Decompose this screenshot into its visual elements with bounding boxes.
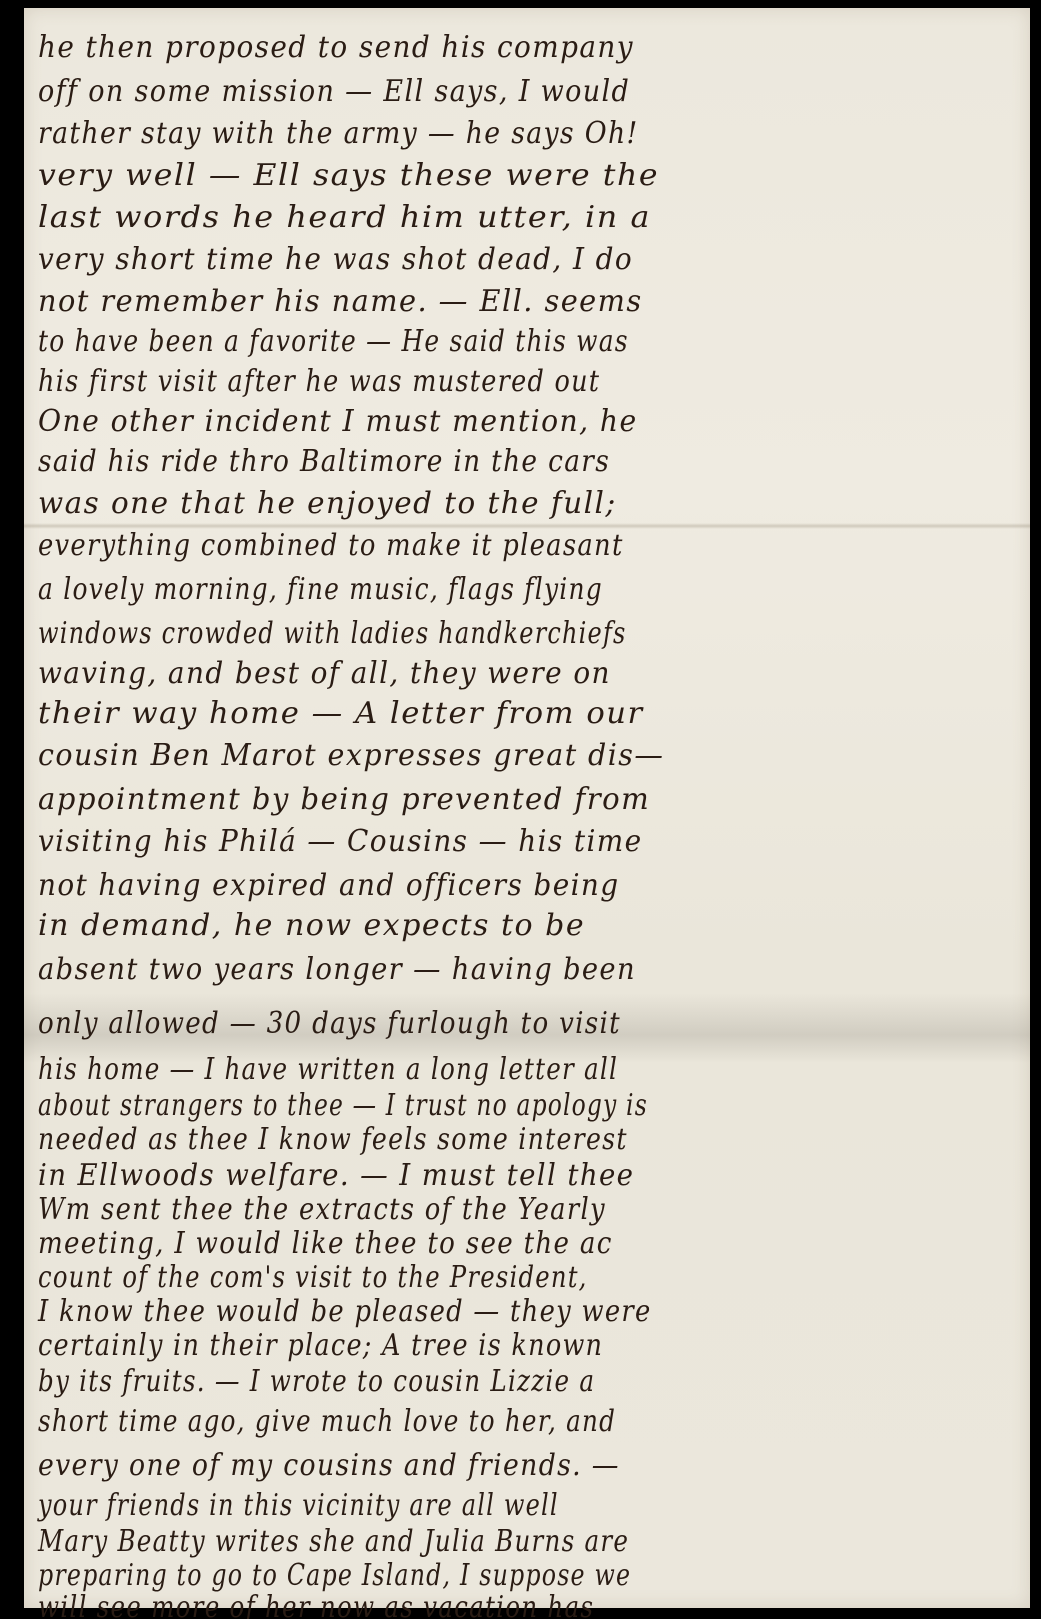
letter-line: said his ride thro Baltimore in the cars: [38, 444, 610, 479]
letter-line: by its fruits. — I wrote to cousin Lizzi…: [38, 1364, 595, 1399]
letter-line: visiting his Philá — Cousins — his time: [38, 824, 643, 859]
letter-line: One other incident I must mention, he: [38, 404, 638, 439]
letter-line: everything combined to make it pleasant: [38, 528, 624, 563]
letter-line: will see more of her now as vacation has: [38, 1590, 594, 1619]
letter-line: cousin Ben Marot expresses great dis—: [38, 738, 664, 773]
letter-line: short time ago, give much love to her, a…: [38, 1404, 616, 1439]
letter-line: needed as thee I know feels some interes…: [38, 1122, 628, 1157]
letter-line: every one of my cousins and friends. —: [38, 1448, 620, 1483]
letter-line: rather stay with the army — he says Oh!: [38, 116, 639, 151]
letter-line: not remember his name. — Ell. seems: [38, 284, 643, 319]
letter-line: in demand, he now expects to be: [38, 908, 585, 943]
letter-line: off on some mission — Ell says, I would: [38, 74, 630, 109]
letter-line: certainly in their place; A tree is know…: [38, 1328, 603, 1363]
letter-page: he then proposed to send his company off…: [24, 8, 1030, 1608]
letter-line: preparing to go to Cape Island, I suppos…: [38, 1558, 631, 1593]
letter-line: a lovely morning, fine music, flags flyi…: [38, 572, 603, 607]
letter-line: your friends in this vicinity are all we…: [38, 1488, 559, 1523]
letter-line: windows crowded with ladies handkerchief…: [38, 616, 627, 651]
letter-line: not having expired and officers being: [38, 868, 620, 903]
letter-line: in Ellwoods welfare. — I must tell thee: [38, 1158, 634, 1193]
letter-line-struck-word: waving, and best of all, they were on: [38, 656, 611, 691]
letter-line: their way home — A letter from our: [38, 696, 644, 731]
letter-line: his home — I have written a long letter …: [38, 1052, 618, 1087]
letter-line: was one that he enjoyed to the full;: [38, 486, 617, 521]
letter-line: count of the com's visit to the Presiden…: [38, 1260, 588, 1295]
letter-line: absent two years longer — having been: [38, 952, 636, 987]
letter-line: I know thee would be pleased — they were: [38, 1294, 652, 1329]
letter-line: appointment by being prevented from: [38, 782, 650, 817]
letter-line: only allowed — 30 days furlough to visit: [38, 1006, 621, 1041]
letter-line: very short time he was shot dead, I do: [38, 242, 633, 277]
letter-line: to have been a favorite — He said this w…: [38, 324, 629, 359]
letter-line: Mary Beatty writes she and Julia Burns a…: [38, 1524, 629, 1559]
letter-line: meeting, I would like thee to see the ac: [38, 1226, 613, 1261]
letter-line: Wm sent thee the extracts of the Yearly: [38, 1192, 606, 1227]
letter-line: very well — Ell says these were the: [38, 158, 659, 193]
letter-line: he then proposed to send his company: [38, 30, 634, 65]
letter-line: about strangers to thee — I trust no apo…: [38, 1088, 648, 1123]
letter-line: his first visit after he was mustered ou…: [38, 364, 600, 399]
letter-line: last words he heard him utter, in a: [38, 200, 651, 235]
